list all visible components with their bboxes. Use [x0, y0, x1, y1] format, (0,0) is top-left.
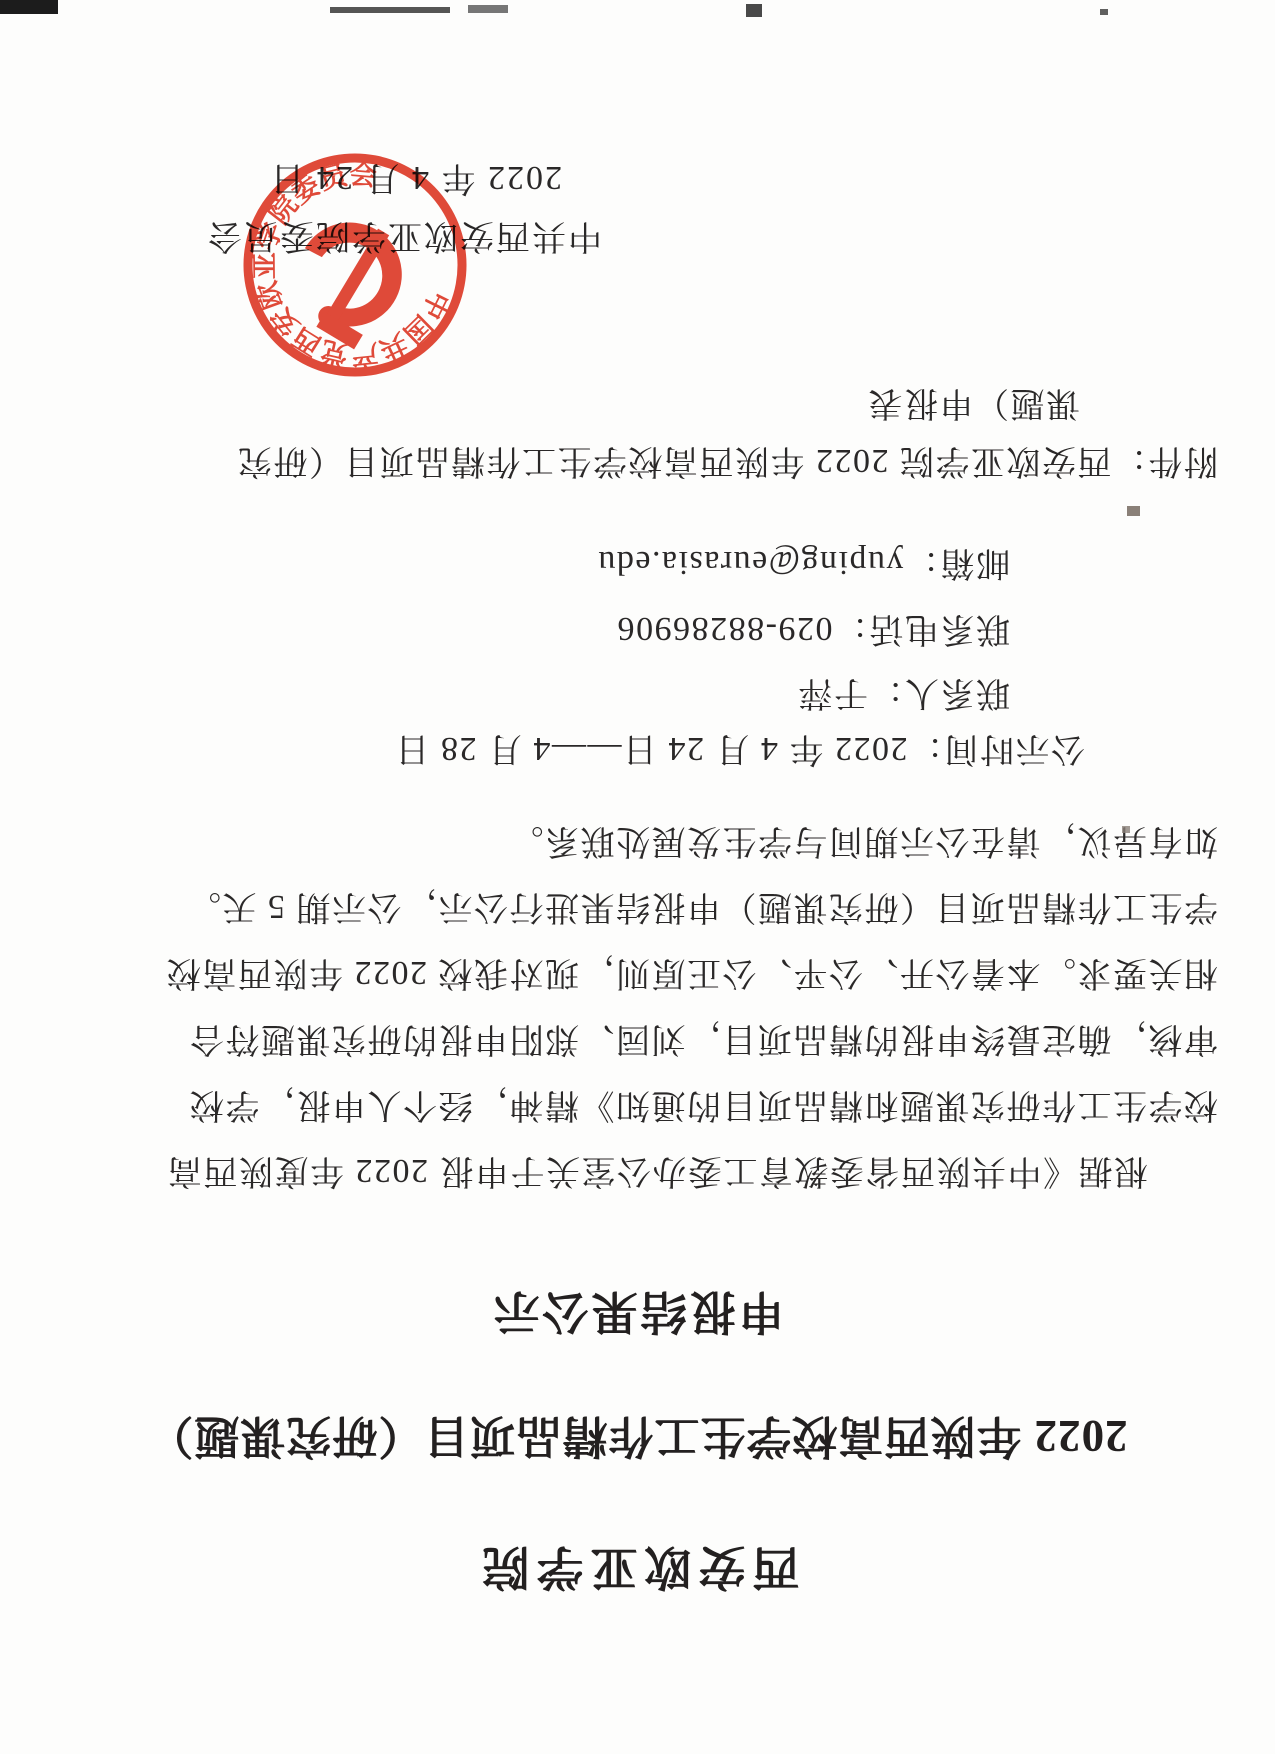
seal-rim-text-container: 中国共产党西安欧亚学院委员会	[230, 144, 465, 390]
contact-email-line: 邮箱：yuping@eurasia.edu	[597, 540, 1010, 584]
notice-main-title: 2022 年陕西高校学生工作精品项目（研究课题）	[30, 1408, 1245, 1473]
body-paragraph-line: 根据《中共陕西省委教育工委办公室关于申报 2022 年度陕西高	[0, 1148, 1218, 1192]
body-paragraph-line: 如有异议，请在公示期间与学生发展处联系。	[58, 818, 1218, 862]
contact-person-line: 联系人：于萍	[797, 670, 1010, 714]
body-paragraph-line: 校学生工作研究课题和精品项目的通知》精神，经个人申报，学校	[58, 1082, 1218, 1126]
scan-artifact	[1122, 826, 1130, 833]
school-name-title: 西安欧亚学院	[0, 1537, 1275, 1604]
scanned-document-page: 西安欧亚学院 2022 年陕西高校学生工作精品项目（研究课题） 申报结果公示 根…	[0, 0, 1275, 1754]
body-paragraph-line: 学生工作精品项目（研究课题）申报结果进行公示，公示期 5 天。	[58, 884, 1218, 928]
scan-artifact	[468, 5, 508, 13]
body-paragraph-line: 相关要求。本着公开、公平、公正原则，现对我校 2022 年陕西高校	[58, 950, 1218, 994]
attachment-line-2: 课题）申报表	[867, 380, 1080, 424]
scan-artifact	[1127, 506, 1140, 516]
scan-artifact	[1100, 9, 1108, 15]
attachment-line-1: 附件：西安欧亚学院 2022 年陕西高校学生工作精品项目（研究	[237, 438, 1219, 482]
contact-phone-line: 联系电话：029-88286906	[616, 606, 1010, 650]
scan-artifact	[330, 7, 450, 13]
party-committee-seal: 中国共产党西安欧亚学院委员会	[212, 122, 498, 408]
scan-artifact	[0, 0, 58, 14]
body-paragraph-line: 审核，确定最终申报的精品项目，刘园、郑阳申报的研究课题符合	[58, 1016, 1218, 1060]
publicity-period-line: 公示时间：2022 年 4 月 24 日——4 月 28 日	[394, 726, 1085, 770]
notice-sub-title: 申报结果公示	[0, 1282, 1275, 1348]
seal-rim-text: 中国共产党西安欧亚学院委员会	[230, 144, 465, 390]
document-content-rotated-180: 西安欧亚学院 2022 年陕西高校学生工作精品项目（研究课题） 申报结果公示 根…	[0, 0, 1275, 1754]
scan-artifact	[746, 4, 762, 17]
